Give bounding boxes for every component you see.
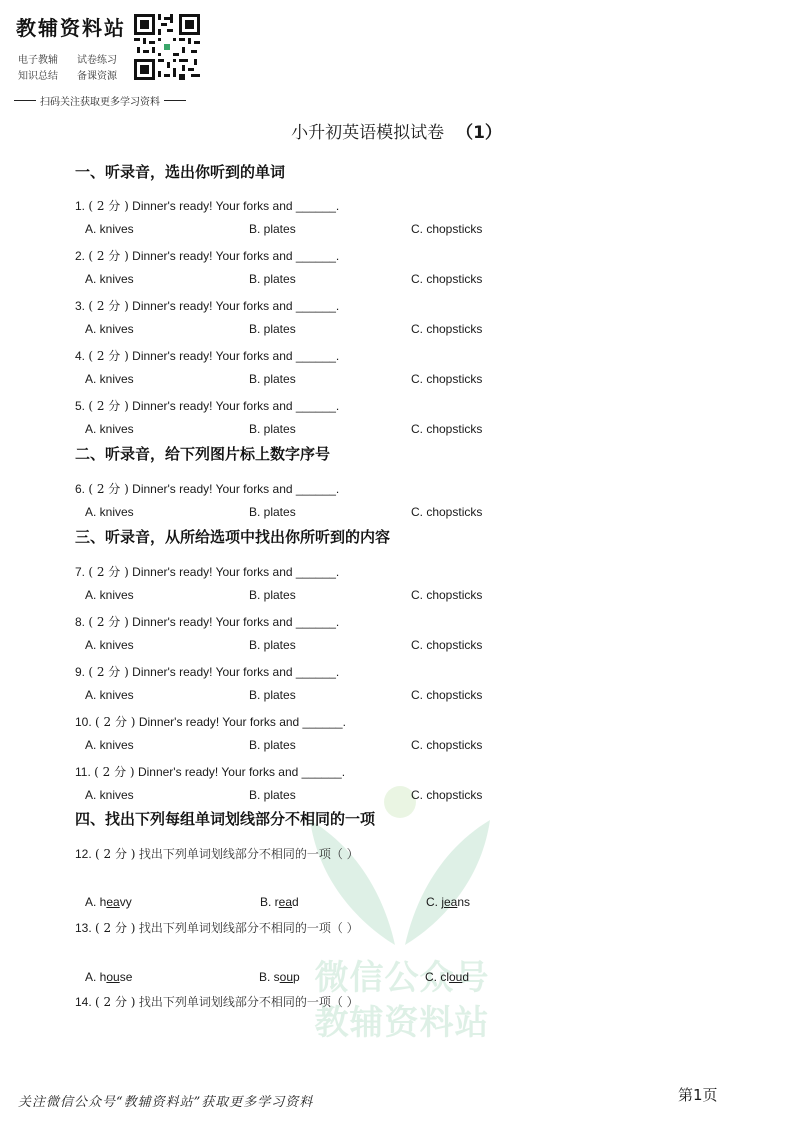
- question-text: Dinner's ready! Your forks and ______.: [132, 482, 339, 496]
- question-score: ( 2 分 ): [95, 921, 135, 935]
- question-score: ( 2 分 ): [88, 349, 128, 363]
- scan-prompt-text: 扫码关注获取更多学习资料: [40, 93, 160, 108]
- option-b[interactable]: B. plates: [249, 505, 296, 519]
- question-text: 找出下列单词划线部分不相同的一项（ ）: [139, 847, 359, 861]
- option-a[interactable]: A. knives: [85, 738, 134, 752]
- question-6: 6. ( 2 分 ) Dinner's ready! Your forks an…: [75, 480, 339, 497]
- option-a[interactable]: A. house: [85, 970, 132, 984]
- underlined-part: ou: [280, 970, 293, 984]
- option-prefix: A. h: [85, 895, 106, 909]
- page-number: 第1页: [678, 1084, 718, 1105]
- option-b[interactable]: B. plates: [249, 422, 296, 436]
- question-9: 9. ( 2 分 ) Dinner's ready! Your forks an…: [75, 663, 339, 680]
- question-number: 13.: [75, 921, 92, 935]
- question-number: 6.: [75, 482, 85, 496]
- question-number: 9.: [75, 665, 85, 679]
- question-text: 找出下列单词划线部分不相同的一项（ ）: [139, 995, 359, 1009]
- question-score: ( 2 分 ): [88, 615, 128, 629]
- question-text: Dinner's ready! Your forks and ______.: [132, 615, 339, 629]
- question-score: ( 2 分 ): [88, 299, 128, 313]
- tag-e-tutoring: 电子教辅: [18, 51, 58, 66]
- question-score: ( 2 分 ): [95, 847, 135, 861]
- option-c[interactable]: C. chopsticks: [411, 688, 482, 702]
- option-prefix: C. cl: [425, 970, 449, 984]
- question-score: ( 2 分 ): [94, 765, 134, 779]
- option-suffix: vy: [120, 895, 132, 909]
- section-heading-1: 一、听录音，选出你听到的单词: [75, 161, 285, 182]
- question-13: 13. ( 2 分 ) 找出下列单词划线部分不相同的一项（ ）: [75, 919, 359, 936]
- option-c[interactable]: C. chopsticks: [411, 372, 482, 386]
- option-c[interactable]: C. chopsticks: [411, 788, 482, 802]
- question-text: Dinner's ready! Your forks and ______.: [132, 399, 339, 413]
- option-a[interactable]: A. knives: [85, 422, 134, 436]
- question-score: ( 2 分 ): [88, 665, 128, 679]
- option-prefix: B. s: [259, 970, 280, 984]
- question-score: ( 2 分 ): [88, 249, 128, 263]
- option-c[interactable]: C. chopsticks: [411, 638, 482, 652]
- question-7: 7. ( 2 分 ) Dinner's ready! Your forks an…: [75, 563, 339, 580]
- question-number: 10.: [75, 715, 92, 729]
- underlined-part: ea: [279, 895, 292, 909]
- option-c[interactable]: C. chopsticks: [411, 272, 482, 286]
- question-number: 3.: [75, 299, 85, 313]
- option-b[interactable]: B. plates: [249, 322, 296, 336]
- question-12: 12. ( 2 分 ) 找出下列单词划线部分不相同的一项（ ）: [75, 845, 359, 862]
- option-a[interactable]: A. heavy: [85, 895, 132, 909]
- question-11: 11. ( 2 分 ) Dinner's ready! Your forks a…: [75, 763, 345, 780]
- option-c[interactable]: C. chopsticks: [411, 422, 482, 436]
- option-c[interactable]: C. chopsticks: [411, 738, 482, 752]
- option-b[interactable]: B. plates: [249, 272, 296, 286]
- option-prefix: C. j: [426, 895, 444, 909]
- option-prefix: B. r: [260, 895, 279, 909]
- option-c[interactable]: C. chopsticks: [411, 505, 482, 519]
- option-suffix: se: [120, 970, 133, 984]
- option-c[interactable]: C. cloud: [425, 970, 469, 984]
- watermark-line1: 微信公众号: [302, 950, 502, 999]
- option-b[interactable]: B. plates: [249, 638, 296, 652]
- option-suffix: d: [462, 970, 469, 984]
- question-number: 2.: [75, 249, 85, 263]
- option-b[interactable]: B. plates: [249, 372, 296, 386]
- option-c[interactable]: C. chopsticks: [411, 322, 482, 336]
- divider: [164, 100, 186, 101]
- option-c[interactable]: C. chopsticks: [411, 588, 482, 602]
- option-b[interactable]: B. plates: [249, 588, 296, 602]
- option-c[interactable]: C. chopsticks: [411, 222, 482, 236]
- question-text: Dinner's ready! Your forks and ______.: [132, 299, 339, 313]
- question-score: ( 2 分 ): [88, 565, 128, 579]
- underlined-part: ou: [106, 970, 119, 984]
- option-a[interactable]: A. knives: [85, 372, 134, 386]
- scan-prompt: 扫码关注获取更多学习资料: [14, 93, 186, 108]
- question-text: Dinner's ready! Your forks and ______.: [138, 765, 345, 779]
- tag-knowledge-summary: 知识总结: [18, 67, 58, 82]
- question-14: 14. ( 2 分 ) 找出下列单词划线部分不相同的一项（ ）: [75, 993, 359, 1010]
- question-text: Dinner's ready! Your forks and ______.: [132, 349, 339, 363]
- option-b[interactable]: B. plates: [249, 738, 296, 752]
- section-heading-3: 三、听录音，从所给选项中找出你所听到的内容: [75, 526, 390, 547]
- question-5: 5. ( 2 分 ) Dinner's ready! Your forks an…: [75, 397, 339, 414]
- page-title: 小升初英语模拟试卷（1）: [0, 118, 793, 143]
- question-number: 5.: [75, 399, 85, 413]
- option-suffix: ns: [457, 895, 470, 909]
- option-b[interactable]: B. plates: [249, 788, 296, 802]
- question-8: 8. ( 2 分 ) Dinner's ready! Your forks an…: [75, 613, 339, 630]
- question-number: 8.: [75, 615, 85, 629]
- qr-code-icon[interactable]: [134, 14, 200, 80]
- underlined-part: ea: [106, 895, 119, 909]
- question-text: Dinner's ready! Your forks and ______.: [139, 715, 346, 729]
- footer-promo: 关注微信公众号“教辅资料站”获取更多学习资料: [18, 1091, 313, 1110]
- option-prefix: A. h: [85, 970, 106, 984]
- question-score: ( 2 分 ): [95, 715, 135, 729]
- section-heading-2: 二、听录音，给下列图片标上数字序号: [75, 443, 330, 464]
- option-suffix: d: [292, 895, 299, 909]
- question-3: 3. ( 2 分 ) Dinner's ready! Your forks an…: [75, 297, 339, 314]
- option-a[interactable]: A. knives: [85, 322, 134, 336]
- title-number: （1）: [456, 123, 502, 143]
- question-text: Dinner's ready! Your forks and ______.: [132, 665, 339, 679]
- question-score: ( 2 分 ): [88, 399, 128, 413]
- question-text: Dinner's ready! Your forks and ______.: [132, 565, 339, 579]
- question-number: 14.: [75, 995, 92, 1009]
- question-text: Dinner's ready! Your forks and ______.: [132, 199, 339, 213]
- tag-lesson-resources: 备课资源: [77, 67, 117, 82]
- question-number: 11.: [75, 765, 91, 779]
- section-heading-4: 四、找出下列每组单词划线部分不相同的一项: [75, 808, 375, 829]
- tag-exam-practice: 试卷练习: [77, 51, 117, 66]
- question-number: 7.: [75, 565, 85, 579]
- option-a[interactable]: A. knives: [85, 638, 134, 652]
- question-10: 10. ( 2 分 ) Dinner's ready! Your forks a…: [75, 713, 346, 730]
- option-c[interactable]: C. jeans: [426, 895, 470, 909]
- question-number: 12.: [75, 847, 92, 861]
- option-a[interactable]: A. knives: [85, 222, 134, 236]
- title-text: 小升初英语模拟试卷: [291, 123, 444, 143]
- question-1: 1. ( 2 分 ) Dinner's ready! Your forks an…: [75, 197, 339, 214]
- question-2: 2. ( 2 分 ) Dinner's ready! Your forks an…: [75, 247, 339, 264]
- underlined-part: ea: [444, 895, 457, 909]
- option-b[interactable]: B. plates: [249, 222, 296, 236]
- question-score: ( 2 分 ): [88, 199, 128, 213]
- question-text: 找出下列单词划线部分不相同的一项（ ）: [139, 921, 359, 935]
- option-suffix: p: [293, 970, 300, 984]
- option-a[interactable]: A. knives: [85, 788, 134, 802]
- question-number: 1.: [75, 199, 85, 213]
- option-b[interactable]: B. plates: [249, 688, 296, 702]
- option-a[interactable]: A. knives: [85, 688, 134, 702]
- option-a[interactable]: A. knives: [85, 505, 134, 519]
- question-number: 4.: [75, 349, 85, 363]
- divider: [14, 100, 36, 101]
- brand-name: 教辅资料站: [16, 12, 126, 41]
- question-score: ( 2 分 ): [88, 482, 128, 496]
- option-b[interactable]: B. read: [260, 895, 299, 909]
- question-score: ( 2 分 ): [95, 995, 135, 1009]
- question-text: Dinner's ready! Your forks and ______.: [132, 249, 339, 263]
- option-a[interactable]: A. knives: [85, 272, 134, 286]
- underlined-part: ou: [449, 970, 462, 984]
- option-a[interactable]: A. knives: [85, 588, 134, 602]
- option-b[interactable]: B. soup: [259, 970, 300, 984]
- question-4: 4. ( 2 分 ) Dinner's ready! Your forks an…: [75, 347, 339, 364]
